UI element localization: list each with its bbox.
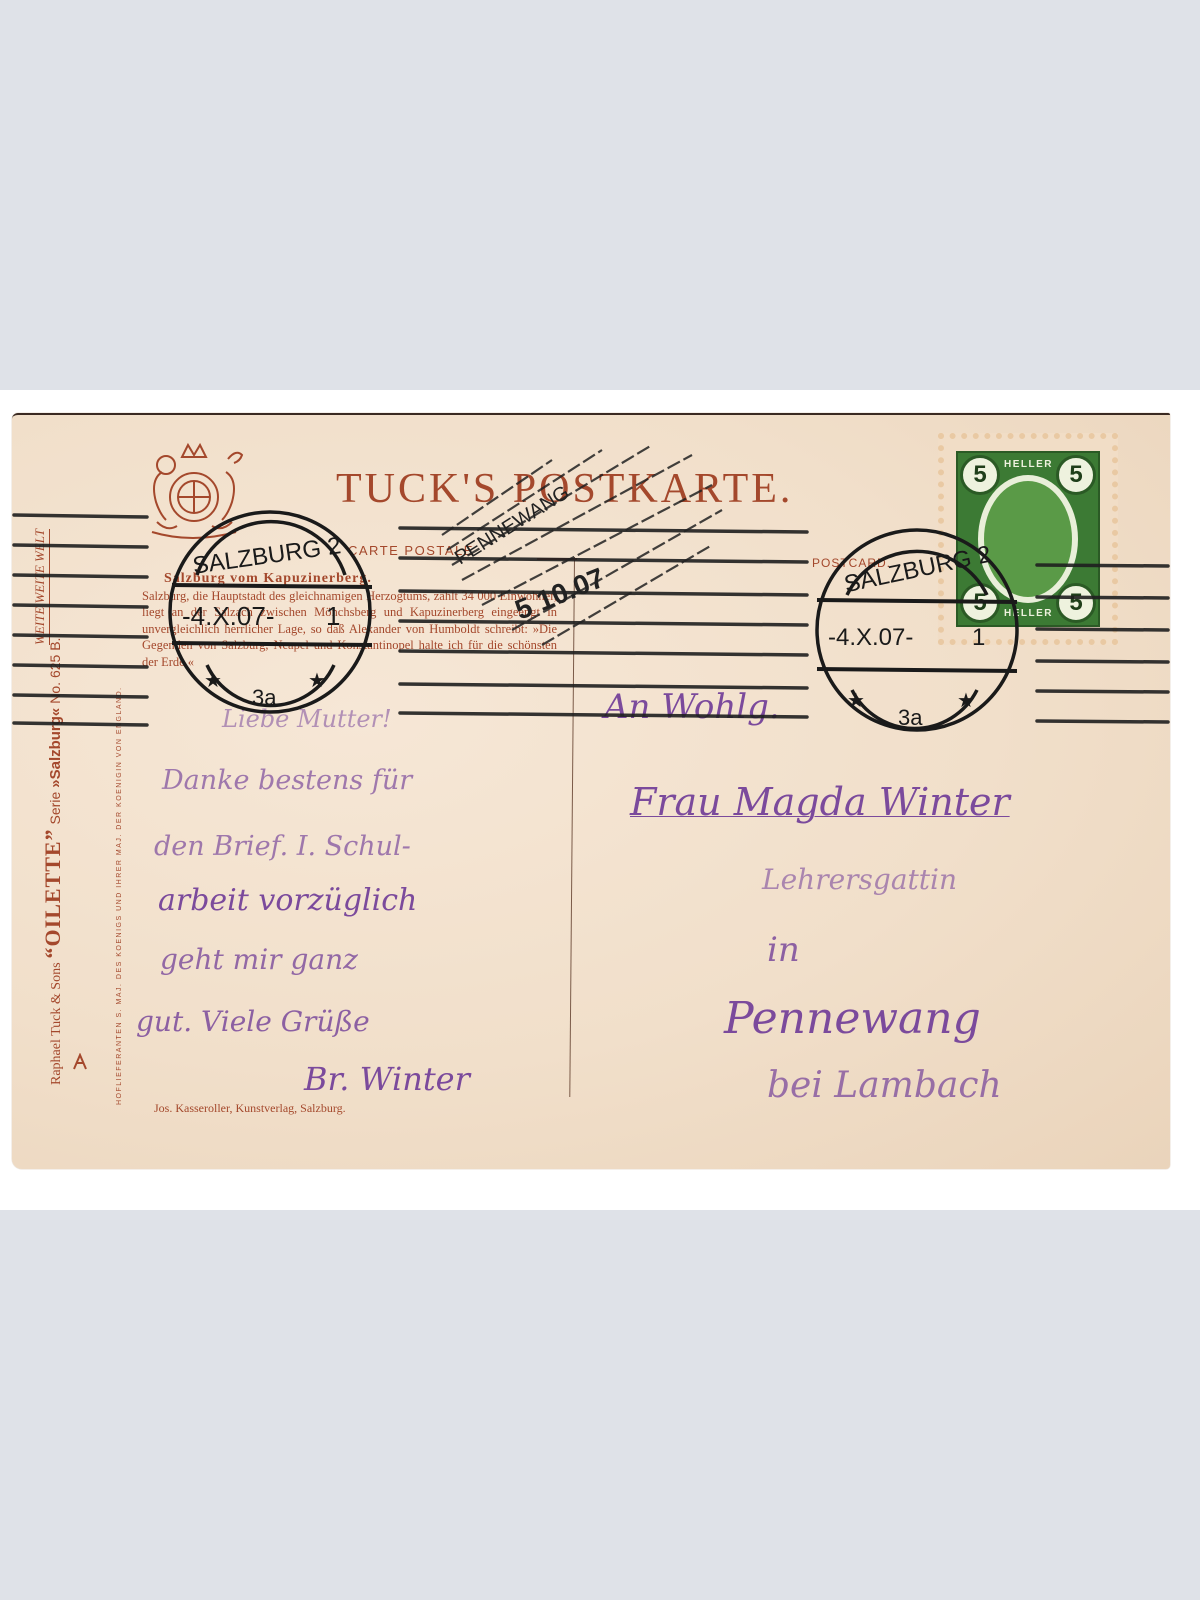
- cancellation-marks: PENNEWANG 5 10.07 SALZBURG 2 -4.X.07- 1 …: [12, 415, 1170, 1169]
- svg-text:3a: 3a: [252, 685, 277, 710]
- arrival-date: 5 10.07: [511, 562, 609, 626]
- svg-text:★: ★: [957, 690, 975, 712]
- arrival-place: PENNEWANG: [451, 481, 573, 569]
- svg-text:★: ★: [308, 670, 326, 692]
- postcard: TUCK'S POSTKARTE. CARTE POSTALE POSTCARD…: [12, 413, 1170, 1169]
- postmark-right: SALZBURG 2 -4.X.07- 1 3a ★ ★: [817, 530, 1017, 730]
- svg-text:SALZBURG 2: SALZBURG 2: [842, 541, 994, 598]
- svg-text:-4.X.07-: -4.X.07-: [828, 624, 913, 651]
- svg-text:SALZBURG 2: SALZBURG 2: [191, 532, 343, 580]
- svg-text:★: ★: [204, 670, 222, 692]
- postmark-left: SALZBURG 2 -4.X.07- 1 3a ★ ★: [170, 512, 372, 712]
- svg-text:★: ★: [847, 690, 865, 712]
- svg-text:-4.X.07-: -4.X.07-: [182, 601, 275, 631]
- svg-text:3a: 3a: [898, 705, 923, 730]
- svg-text:1: 1: [972, 624, 985, 651]
- svg-text:1: 1: [326, 601, 340, 631]
